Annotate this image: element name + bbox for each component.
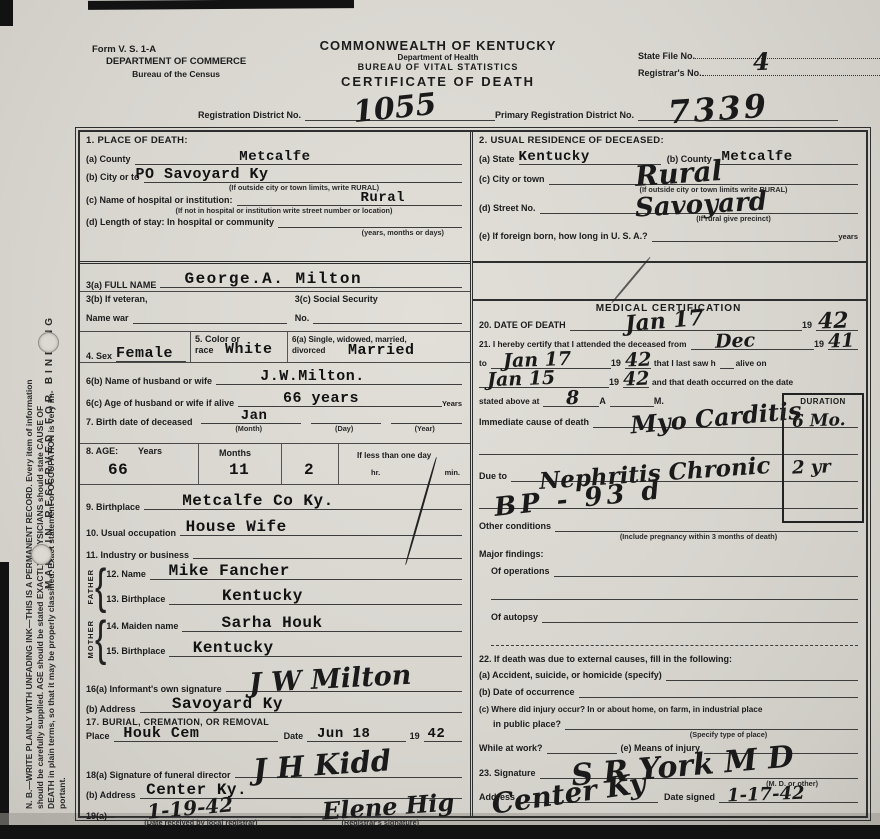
age-days-value: 2 bbox=[304, 461, 314, 479]
veteran-label: 3(b) If veteran, bbox=[86, 294, 287, 305]
to-year-prefix: 19 bbox=[611, 358, 621, 369]
ss-no-line bbox=[313, 313, 462, 324]
residence-state-label: (a) State bbox=[479, 154, 515, 165]
registrar-no-line bbox=[702, 75, 880, 76]
occurrence-line bbox=[579, 687, 858, 698]
registrar-no-label: Registrar's No. bbox=[638, 68, 702, 78]
marital-value: Married bbox=[348, 342, 415, 359]
age-row: 8. AGE: Years 66 Months 11 2 If less tha… bbox=[80, 443, 470, 485]
burial-year-line: 42 bbox=[424, 731, 462, 742]
informant-address-row: (b) Address Savoyard Ky bbox=[80, 695, 470, 715]
husband-label: 6(b) Name of husband or wife bbox=[86, 376, 212, 387]
mother-name-label: 14. Maiden name bbox=[106, 621, 178, 632]
margin-note-line: N. B.—WRITE PLAINLY WITH UNFADING INK—TH… bbox=[24, 209, 35, 809]
death-certificate-scan: N. B.—WRITE PLAINLY WITH UNFADING INK—TH… bbox=[0, 0, 880, 839]
attended-from-value: Dec bbox=[715, 329, 756, 352]
physician-address-line: Center Ky bbox=[519, 792, 658, 803]
injury-label-2: in public place? bbox=[493, 719, 561, 730]
husband-age-suffix: Years bbox=[442, 398, 462, 409]
sex-line: Female bbox=[116, 351, 186, 362]
birthdate-row: 7. Birth date of deceased Jan (Month) (D… bbox=[80, 409, 470, 443]
department-of-health: Department of Health bbox=[273, 53, 603, 62]
husband-age-row: 6(c) Age of husband or wife if alive 66 … bbox=[80, 387, 470, 409]
age-years-label: Years bbox=[138, 446, 162, 457]
certificate-title: CERTIFICATE OF DEATH bbox=[273, 74, 603, 89]
street-label: (d) Street No. bbox=[479, 203, 536, 214]
residence-title: 2. USUAL RESIDENCE OF DECEASED: bbox=[479, 135, 858, 146]
sex-label: 4. Sex bbox=[86, 351, 112, 362]
informant-address-line: Savoyard Ky bbox=[140, 702, 462, 713]
husband-age-label: 6(c) Age of husband or wife if alive bbox=[86, 398, 234, 409]
age-min-label: min. bbox=[445, 467, 460, 478]
operations-label: Of operations bbox=[491, 566, 550, 577]
bureau-of-census: Bureau of the Census bbox=[92, 68, 246, 80]
left-column: 1. PLACE OF DEATH: (a) County Metcalfe (… bbox=[80, 132, 473, 816]
right-column: 2. USUAL RESIDENCE OF DECEASED: (a) Stat… bbox=[473, 132, 866, 816]
registrar-row: 19(a) 1-19-42 (Date received by local re… bbox=[80, 801, 470, 833]
informant-signature-line: J W Milton bbox=[226, 681, 462, 692]
age-hr-label: hr. bbox=[371, 467, 380, 478]
sex-color-marital-row: 4. Sex Female 5. Color or race White 6(a… bbox=[80, 332, 470, 363]
autopsy-line bbox=[542, 612, 858, 623]
residence-city-value: Rural bbox=[634, 154, 723, 193]
industry-line bbox=[193, 548, 462, 559]
ss-no-label: No. bbox=[295, 313, 310, 324]
city-value: PO Savoyard Ky bbox=[136, 166, 269, 183]
hour-line: 8 bbox=[543, 396, 599, 407]
burial-year-prefix: 19 bbox=[410, 731, 420, 742]
burial-section: 17. BURIAL, CREMATION, OR REMOVAL Place … bbox=[80, 717, 470, 751]
month-caption: (Month) bbox=[197, 424, 301, 433]
major-findings-label: Major findings: bbox=[479, 549, 858, 560]
m-label: M. bbox=[654, 396, 664, 407]
stay-label: (d) Length of stay: In hospital or commu… bbox=[86, 217, 274, 228]
birthplace-line: Metcalfe Co Ky. bbox=[144, 499, 462, 510]
birthplace-row: 9. Birthplace Metcalfe Co Ky. bbox=[80, 485, 470, 513]
foreign-line bbox=[652, 231, 839, 242]
commonwealth-title: COMMONWEALTH OF KENTUCKY bbox=[273, 38, 603, 53]
saw-alive-line bbox=[720, 358, 734, 369]
hospital-line: Rural bbox=[237, 195, 463, 206]
county-value: Metcalfe bbox=[239, 149, 310, 165]
primary-district-label: Primary Registration District No. bbox=[495, 110, 634, 121]
full-name-line: George.A. Milton bbox=[160, 277, 462, 288]
form-id-block: Form V. S. 1-A DEPARTMENT OF COMMERCE Bu… bbox=[92, 44, 246, 80]
attended-from-line: Dec bbox=[691, 339, 814, 350]
injury-caption: (Specify type of place) bbox=[599, 730, 858, 739]
place-of-death-title: 1. PLACE OF DEATH: bbox=[86, 135, 462, 146]
father-birth-line: Kentucky bbox=[169, 594, 462, 605]
birthplace-label: 9. Birthplace bbox=[86, 502, 140, 513]
mother-group: MOTHER { 14. Maiden name Sarha Houk 15. … bbox=[80, 613, 470, 665]
street-line: Savoyard bbox=[540, 203, 858, 214]
burial-place-label: Place bbox=[86, 731, 110, 742]
veteran-war-line bbox=[133, 313, 287, 324]
duration-label: DURATION bbox=[784, 397, 862, 406]
foreign-suffix: years bbox=[838, 231, 858, 242]
stay-line bbox=[278, 217, 462, 228]
residence-state-value: Kentucky bbox=[519, 149, 590, 165]
autopsy-line-2 bbox=[491, 635, 858, 646]
bureau-vital-statistics: BUREAU OF VITAL STATISTICS bbox=[273, 62, 603, 72]
cause-label: Immediate cause of death bbox=[479, 417, 589, 428]
birthdate-year-line bbox=[391, 413, 462, 424]
residence-county-value: Metcalfe bbox=[721, 149, 792, 165]
date-signed-label: Date signed bbox=[664, 792, 715, 803]
work-label: While at work? bbox=[479, 743, 543, 754]
burial-date-label: Date bbox=[284, 731, 304, 742]
margin-reserved-text: MARGIN RESERVED FOR BINDING bbox=[44, 229, 55, 589]
residence-section: 2. USUAL RESIDENCE OF DECEASED: (a) Stat… bbox=[473, 132, 866, 263]
full-name-value: George.A. Milton bbox=[184, 270, 362, 288]
informant-signature-value: J W Milton bbox=[249, 660, 413, 699]
birthdate-value: Jan bbox=[241, 408, 268, 424]
last-year-line: 42 bbox=[623, 377, 649, 388]
father-name-value: Mike Fancher bbox=[169, 562, 290, 580]
autopsy-label: Of autopsy bbox=[491, 612, 538, 623]
from-year-value: 41 bbox=[828, 330, 855, 353]
other-conditions-label: Other conditions bbox=[479, 521, 551, 532]
father-brace: { bbox=[95, 562, 106, 611]
full-name-row: 3(a) FULL NAME George.A. Milton bbox=[80, 264, 470, 292]
informant-signature-row: 16(a) Informant's own signature J W Milt… bbox=[80, 665, 470, 695]
from-year-line: 41 bbox=[828, 339, 858, 350]
father-name-label: 12. Name bbox=[106, 569, 146, 580]
state-file-line bbox=[695, 58, 880, 59]
mother-name-value: Sarha Houk bbox=[222, 614, 323, 632]
binding-margin: N. B.—WRITE PLAINLY WITH UNFADING INK—TH… bbox=[0, 0, 78, 839]
am-line bbox=[610, 396, 654, 407]
mother-brace: { bbox=[95, 614, 106, 663]
place-of-death-section: 1. PLACE OF DEATH: (a) County Metcalfe (… bbox=[80, 132, 470, 264]
registration-district-row: Registration District No. 1055 Primary R… bbox=[198, 110, 838, 121]
reg-district-value: 1055 bbox=[351, 87, 438, 131]
father-group: FATHER { 12. Name Mike Fancher 13. Birth… bbox=[80, 561, 470, 613]
stay-caption: (years, months or days) bbox=[86, 228, 444, 237]
age-months-value: 11 bbox=[229, 461, 249, 479]
form-number: Form V. S. 1-A bbox=[92, 44, 156, 55]
husband-row: 6(b) Name of husband or wife J.W.Milton. bbox=[80, 363, 470, 387]
veteran-ss-row: 3(b) If veteran, Name war 3(c) Social Se… bbox=[80, 292, 470, 332]
work-line bbox=[547, 743, 617, 754]
registrar-sig-line: Elene Hig bbox=[303, 803, 462, 818]
occupation-label: 10. Usual occupation bbox=[86, 528, 176, 539]
hospital-value: Rural bbox=[361, 190, 406, 206]
county-line: Metcalfe bbox=[135, 154, 463, 165]
certify-text-1: 21. I hereby certify that I attended the… bbox=[479, 339, 687, 350]
occupation-line: House Wife bbox=[180, 525, 462, 536]
accident-label: (a) Accident, suicide, or homicide (spec… bbox=[479, 670, 662, 681]
hospital-label: (c) Name of hospital or institution: bbox=[86, 195, 233, 206]
duration-box: DURATION 6 Mo. 2 yr bbox=[782, 393, 864, 523]
age-years-value: 66 bbox=[108, 461, 128, 479]
date-signed-line: 1-17-42 bbox=[719, 792, 858, 803]
birthdate-label: 7. Birth date of deceased bbox=[86, 417, 193, 428]
informant-signature-label: 16(a) Informant's own signature bbox=[86, 684, 222, 695]
medical-certification-section: MEDICAL CERTIFICATION 20. DATE OF DEATH … bbox=[473, 299, 866, 823]
due-to-label: Due to bbox=[479, 471, 507, 482]
scan-artifact-top-bar bbox=[88, 0, 354, 10]
last-year-prefix: 19 bbox=[609, 377, 619, 388]
burial-date-value: Jun 18 bbox=[317, 726, 370, 742]
date-of-death-value: Jan 17 bbox=[624, 305, 705, 338]
mother-birth-line: Kentucky bbox=[169, 646, 462, 657]
mother-label: MOTHER bbox=[86, 620, 95, 659]
birthdate-day-line bbox=[311, 413, 382, 424]
city-label: (b) City or to bbox=[86, 172, 140, 183]
burial-place-value: Houk Cem bbox=[123, 725, 199, 742]
state-file-label: State File No. bbox=[638, 51, 695, 61]
burial-place-line: Houk Cem bbox=[114, 731, 278, 742]
funeral-director-row: 18(a) Signature of funeral director J H … bbox=[80, 751, 470, 781]
received-caption: (Date received by local registrar) bbox=[111, 818, 291, 827]
color-value: White bbox=[225, 341, 273, 358]
external-causes-title: 22. If death was due to external causes,… bbox=[479, 654, 858, 665]
husband-age-value: 66 years bbox=[283, 390, 359, 407]
last-year-value: 42 bbox=[623, 368, 650, 391]
informant-address-label: (b) Address bbox=[86, 704, 136, 715]
certify-text-2: that I last saw h bbox=[654, 358, 716, 369]
date-of-death-label: 20. DATE OF DEATH bbox=[479, 320, 566, 331]
accident-line bbox=[666, 670, 858, 681]
burial-year-value: 42 bbox=[428, 726, 446, 742]
informant-address-value: Savoyard Ky bbox=[172, 695, 283, 713]
city-caption: (If outside city or town limits, write R… bbox=[146, 183, 462, 192]
last-seen-line: Jan 15 bbox=[479, 377, 609, 388]
certificate-form: 1. PLACE OF DEATH: (a) County Metcalfe (… bbox=[78, 130, 868, 818]
husband-line: J.W.Milton. bbox=[216, 374, 462, 385]
birthplace-value: Metcalfe Co Ky. bbox=[182, 492, 334, 510]
funeral-director-line: J H Kidd bbox=[235, 767, 462, 778]
certify-text-2b: alive on bbox=[736, 358, 767, 369]
hospital-caption: (If not in hospital or institution write… bbox=[106, 206, 462, 215]
husband-age-line: 66 years bbox=[238, 396, 442, 407]
title-block: COMMONWEALTH OF KENTUCKY Department of H… bbox=[273, 38, 603, 89]
reg-district-label: Registration District No. bbox=[198, 110, 301, 121]
duration-value-2: 2 yr bbox=[792, 456, 831, 478]
age-months-label: Months bbox=[219, 448, 251, 459]
operations-line bbox=[554, 566, 858, 577]
birthdate-month-line: Jan bbox=[201, 413, 301, 424]
age-label: 8. AGE: bbox=[86, 446, 118, 457]
certify-text-4: stated above at bbox=[479, 396, 539, 407]
registrar-no-value: 4 bbox=[753, 53, 770, 71]
burial-date-line: Jun 18 bbox=[307, 731, 405, 742]
veteran-war-label: Name war bbox=[86, 313, 129, 324]
operations-line-2 bbox=[491, 589, 858, 600]
primary-district-value: 7339 bbox=[667, 87, 770, 132]
punch-hole bbox=[38, 332, 59, 353]
county-label: (a) County bbox=[86, 154, 131, 165]
injury-line bbox=[565, 719, 858, 730]
mother-birth-label: 15. Birthplace bbox=[106, 646, 165, 657]
dod-year-prefix: 19 bbox=[802, 320, 812, 331]
father-birth-label: 13. Birthplace bbox=[106, 594, 165, 605]
form-header: Form V. S. 1-A DEPARTMENT OF COMMERCE Bu… bbox=[78, 30, 868, 130]
date-of-death-line: Jan 17 bbox=[570, 320, 802, 331]
margin-note-line: portant. bbox=[57, 209, 68, 809]
last-seen-value: Jan 15 bbox=[486, 367, 555, 391]
received-line: 1-19-42 bbox=[115, 803, 291, 818]
residence-city-label: (c) City or town bbox=[479, 174, 545, 185]
father-label: FATHER bbox=[86, 569, 95, 604]
full-name-label: 3(a) FULL NAME bbox=[86, 280, 156, 291]
residence-county-line: Metcalfe bbox=[716, 154, 858, 165]
am-label: A bbox=[599, 396, 606, 407]
occurrence-label: (b) Date of occurrence bbox=[479, 687, 575, 698]
punch-hole bbox=[31, 544, 52, 565]
from-year-prefix: 19 bbox=[814, 339, 824, 350]
other-conditions-caption: (Include pregnancy within 3 months of de… bbox=[539, 532, 858, 541]
ss-label: 3(c) Social Security bbox=[295, 294, 462, 305]
sex-value: Female bbox=[116, 345, 173, 362]
year-caption: (Year) bbox=[387, 424, 462, 433]
funeral-director-label: 18(a) Signature of funeral director bbox=[86, 770, 231, 781]
injury-label: (c) Where did injury occur? In or about … bbox=[479, 704, 858, 715]
department-of-commerce: DEPARTMENT OF COMMERCE bbox=[92, 56, 246, 68]
residence-city-line: Rural bbox=[549, 174, 859, 185]
file-number-block: 2136 State File No. Registrar's No. 4 bbox=[638, 48, 880, 82]
age-less-label: If less than one day bbox=[357, 450, 431, 461]
physician-signature-label: 23. Signature bbox=[479, 768, 536, 779]
mother-birth-value: Kentucky bbox=[193, 639, 274, 657]
primary-district-line: 7339 bbox=[638, 110, 838, 121]
to-label: to bbox=[479, 358, 487, 369]
hour-value: 8 bbox=[565, 387, 579, 409]
row19-label: 19(a) bbox=[86, 811, 107, 822]
funeral-address-label: (b) Address bbox=[86, 790, 136, 801]
reg-district-line: 1055 bbox=[305, 110, 495, 121]
husband-value: J.W.Milton. bbox=[260, 368, 365, 385]
city-line: PO Savoyard Ky bbox=[144, 172, 463, 183]
day-caption: (Day) bbox=[307, 424, 382, 433]
duration-value-1: 6 Mo. bbox=[792, 410, 846, 432]
date-signed-value: 1-17-42 bbox=[727, 783, 805, 807]
father-birth-value: Kentucky bbox=[222, 587, 303, 605]
certify-text-3: and that death occurred on the date bbox=[652, 377, 793, 388]
mother-name-line: Sarha Houk bbox=[182, 621, 462, 632]
foreign-label: (e) If foreign born, how long in U. S. A… bbox=[479, 231, 648, 242]
occupation-row: 10. Usual occupation House Wife bbox=[80, 513, 470, 539]
father-name-line: Mike Fancher bbox=[150, 569, 462, 580]
occupation-value: House Wife bbox=[186, 518, 287, 536]
